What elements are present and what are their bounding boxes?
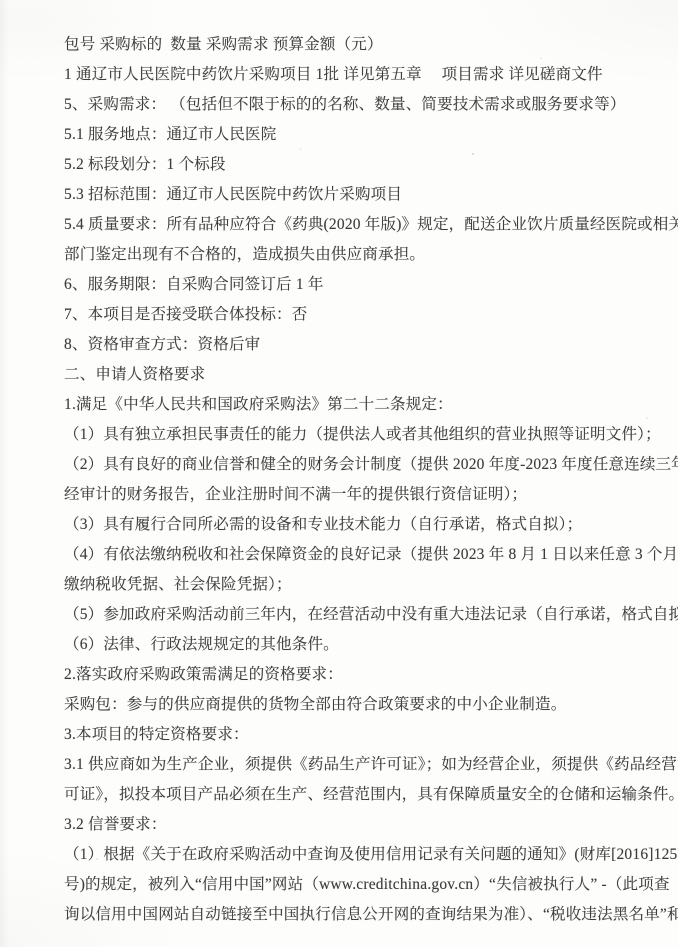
- scanned-document-page: 包号 采购标的 数量 采购需求 预算金额（元） 1 通辽市人民医院中药饮片采购项…: [0, 0, 678, 947]
- doc-line-section-6: 6、服务期限：自采购合同签订后 1 年: [64, 270, 644, 300]
- doc-line-req-3-2: 3.2 信誉要求：: [64, 810, 644, 840]
- doc-line-package-row: 1 通辽市人民医院中药饮片采购项目 1批 详见第五章 项目需求 详见磋商文件: [64, 60, 644, 90]
- doc-line-5-4: 5.4 质量要求：所有品种应符合《药典(2020 年版)》规定，配送企业饮片质量…: [64, 210, 644, 240]
- doc-line-req-1-6: （6）法律、行政法规规定的其他条件。: [64, 630, 644, 660]
- doc-line-req-1: 1.满足《中华人民共和国政府采购法》第二十二条规定：: [64, 390, 644, 420]
- doc-line-req-1-1: （1）具有独立承担民事责任的能力（提供法人或者其他组织的营业执照等证明文件）；: [64, 420, 644, 450]
- doc-line-req-3-1: 3.1 供应商如为生产企业，须提供《药品生产许可证》；如为经营企业，须提供《药品…: [64, 750, 644, 780]
- doc-line-5-1: 5.1 服务地点：通辽市人民医院: [64, 120, 644, 150]
- doc-line-req-1-2: （2）具有良好的商业信誉和健全的财务会计制度（提供 2020 年度-2023 年…: [64, 450, 644, 480]
- doc-line-package-header: 包号 采购标的 数量 采购需求 预算金额（元）: [64, 30, 644, 60]
- doc-line-req-1-3: （3）具有履行合同所必需的设备和专业技术能力（自行承诺，格式自拟）；: [64, 510, 644, 540]
- doc-line-credit-1-cont2: 询以信用中国网站自动链接至中国执行信息公开网的查询结果为准）、“税收违法黑名单”…: [64, 900, 644, 930]
- doc-line-section-7: 7、本项目是否接受联合体投标：否: [64, 300, 644, 330]
- doc-line-credit-1-cont: 号)的规定，被列入“信用中国”网站（www.creditchina.gov.cn…: [64, 870, 644, 900]
- doc-line-req-2: 2.落实政府采购政策需满足的资格要求：: [64, 660, 644, 690]
- doc-line-req-1-5: （5）参加政府采购活动前三年内，在经营活动中没有重大违法记录（自行承诺，格式自拟…: [64, 600, 644, 630]
- doc-line-req-1-2-cont: 经审计的财务报告，企业注册时间不满一年的提供银行资信证明）；: [64, 480, 644, 510]
- doc-line-part2-heading: 二、申请人资格要求: [64, 360, 644, 390]
- doc-line-5-4-cont: 部门鉴定出现有不合格的，造成损失由供应商承担。: [64, 240, 644, 270]
- doc-line-req-1-4: （4）有依法缴纳税收和社会保障资金的良好记录（提供 2023 年 8 月 1 日…: [64, 540, 644, 570]
- document-text-block: 包号 采购标的 数量 采购需求 预算金额（元） 1 通辽市人民医院中药饮片采购项…: [64, 30, 644, 930]
- scan-speck: [646, 417, 648, 419]
- doc-line-section-8: 8、资格审查方式：资格后审: [64, 330, 644, 360]
- doc-line-req-3-1-cont: 可证》，拟投本项目产品必须在生产、经营范围内，具有保障质量安全的仓储和运输条件。: [64, 780, 644, 810]
- doc-line-req-2-detail: 采购包：参与的供应商提供的货物全部由符合政策要求的中小企业制造。: [64, 690, 644, 720]
- scan-edge-shadow: [0, 0, 9, 947]
- doc-line-req-3: 3.本项目的特定资格要求：: [64, 720, 644, 750]
- doc-line-5-2: 5.2 标段划分：1 个标段: [64, 150, 644, 180]
- doc-line-req-1-4-cont: 缴纳税收凭据、社会保险凭据）；: [64, 570, 644, 600]
- doc-line-credit-1: （1）根据《关于在政府采购活动中查询及使用信用记录有关问题的通知》(财库[201…: [64, 840, 644, 870]
- doc-line-section-5: 5、采购需求： （包括但不限于标的的名称、数量、简要技术需求或服务要求等）: [64, 90, 644, 120]
- doc-line-5-3: 5.3 招标范围：通辽市人民医院中药饮片采购项目: [64, 180, 644, 210]
